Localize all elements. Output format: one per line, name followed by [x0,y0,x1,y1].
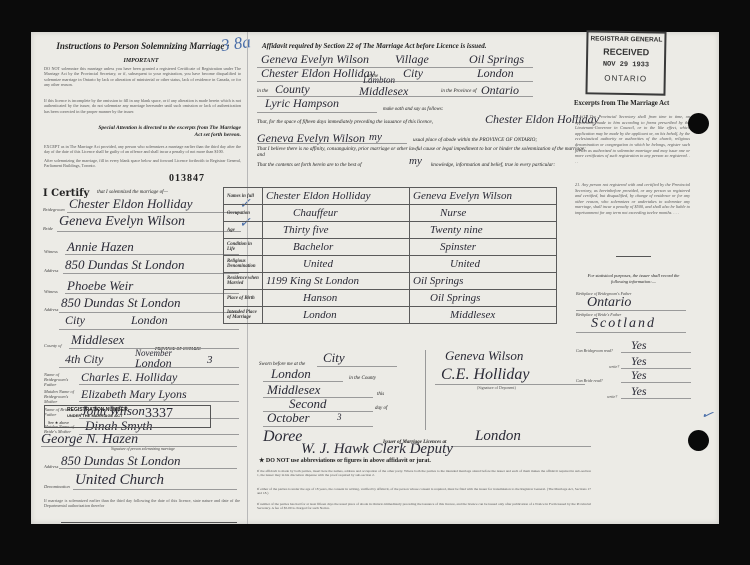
witness2-name: Phoebe Weir [67,278,133,294]
province-of-label: in the Province of [441,89,477,94]
marriage-document: Instructions to Person Solemnizing Marri… [31,32,719,524]
footer-note: If marriage is solemnized earlier than t… [44,498,240,509]
sworn-day-of-label: day of [375,406,387,411]
abbreviation-warning: ★ DO NOT use abbreviations or figures in… [259,457,431,464]
witness2-address-label: Address [44,307,58,312]
that1-tail: usual place of abode within the PROVINCE… [413,137,537,143]
footnote-1: If the affidavit is made by both parties… [257,469,591,477]
table-row: Intended Place of MarriageLondonMiddlese… [224,307,557,324]
witness2-address: 850 Dundas St London [61,295,181,311]
footnote-3: If neither of the parties has had for at… [257,502,591,510]
instruction-para-1: DO NOT solemnize this marriage unless yo… [44,66,241,87]
table-row: Residence when Married1199 King St Londo… [224,273,557,290]
that3-value: my [409,155,422,167]
marriage-details-table: Names in fullChester Eldon HollidayGenev… [223,187,557,324]
affidavit-place-type-1: Village [395,52,429,67]
registration-number: 3337 [145,406,173,422]
witness1-address-label: Address [44,268,58,273]
bridegroom-label: Bridegroom [43,207,65,212]
deponent-sig-label: (Signature of Deponent) [477,385,516,390]
check-mark-icon: ✓ [698,406,715,426]
groom-mother: Elizabeth Mary Lyons [81,387,187,402]
stamp-line-2: RECEIVED [588,45,664,59]
in-the-label: in the [257,89,268,94]
important-label: IMPORTANT [111,58,171,64]
that-clause-2: That I believe there is no affinity, con… [257,146,587,158]
affidavit-county-type: County [275,82,310,97]
excerpt-section-21: 21. Any person not registered with and c… [575,182,690,216]
bride-write: Yes [631,384,647,399]
sworn-year: 3 [337,412,342,422]
registration-subtitle: UNDER THE MARRIAGE ACT [67,413,122,418]
groom-father: Charles E. Holliday [81,370,177,385]
statistical-note: For statistical purposes, the issuer sha… [581,273,686,284]
stamp-line-1: REGISTRAR GENERAL [588,32,664,46]
issuer-place: London [475,428,521,445]
groom-read: Yes [631,338,647,353]
excerpt-section-2: 2.—(1) The Provincial Secretary shall fr… [575,114,690,164]
jurat-divider [425,350,426,430]
bride-label: Bride [43,226,53,231]
witness1-address: 850 Dundas St London [65,257,185,273]
solemnized-place: London [135,356,172,371]
deponent-signature-2: C.E. Holliday [441,366,529,384]
binder-hole-icon [688,430,709,451]
registration-number-box: REGISTRATION NUMBER UNDER THE MARRIAGE A… [44,405,211,428]
binder-hole-icon [688,113,709,134]
registration-note: See ★ above [48,420,69,425]
instruction-para-3: EXCEPT as in The Marriage Act provided, … [44,144,241,155]
instruction-para-4: After solemnizing the marriage, fill in … [44,158,241,169]
groom-read-label: Can Bridegroom read? [576,348,613,353]
sworn-place-type: City [323,350,345,366]
table-row: AgeThirty fiveTwenty nine [224,222,557,239]
sworn-county-label: in the County [349,376,376,381]
table-row: Names in fullChester Eldon HollidayGenev… [224,188,557,205]
deputy-signature: W. J. Hawk Clerk Deputy [301,441,453,458]
excerpts-heading: Excerpts from The Marriage Act [574,100,669,107]
witness2-label: Witness [44,289,58,294]
table-row: Condition in LifeBachelorSpinster [224,239,557,256]
sworn-month: October [267,410,310,426]
officiant-address-label: Address [44,464,58,469]
registrar-received-stamp: REGISTRAR GENERAL RECEIVED NOV 29 1933 O… [585,30,666,95]
groom-father-label: Name of Bridegroom's Father [44,372,78,387]
table-row: Place of BirthHansonOil Springs [224,290,557,307]
bride-write-label: write? [607,394,617,399]
denomination-value: United Church [75,472,164,489]
bride-father-birthplace: Scotland [591,316,656,332]
deponent-signature-1: Geneva Wilson [445,348,523,364]
denomination-label: Denomination [44,484,70,489]
bridegroom-name: Chester Eldon Holliday [69,196,193,212]
issuer-signature: Doree [263,428,302,446]
affidavit-place-2: London [477,66,514,81]
place-type: City [65,313,85,328]
officiant-sig-label: Signature of person solemnizing marriage [111,447,175,451]
witness1-name: Annie Hazen [67,239,134,255]
footnote-2: If either of the parties is under the ag… [257,487,591,495]
special-attention-note: Special Attention is directed to the exc… [91,125,241,139]
table-row: OccupationChauffeurNurse [224,205,557,222]
stamp-date: NOV 29 1933 [588,58,664,72]
affidavit-place-1: Oil Springs [469,52,524,67]
officiant-address: 850 Dundas St London [61,453,181,469]
affidavit-place-type-2: City [403,66,423,81]
stamp-line-4: ONTARIO [588,71,664,85]
solemnized-year: 3 [207,354,213,366]
instructions-heading: Instructions to Person Solemnizing Marri… [53,41,233,51]
sworn-of: London [271,366,311,382]
certify-text: that I solemnized the marriage of— [97,190,168,195]
make-oath-text: make oath and say as follows: [383,107,443,112]
that-clause-3: That the contents set forth herein are t… [257,162,362,168]
groom-father-birthplace: Ontario [587,295,631,311]
groom-mother-label: Maiden Name of Bridegroom's Mother [44,389,78,404]
table-row: Religious DenominationUnitedUnited [224,256,557,273]
instruction-para-2: If this licence is incomplete by the omi… [44,98,241,114]
that3-tail: knowledge, information and belief, true … [431,162,555,168]
bride-name: Geneva Evelyn Wilson [59,214,185,230]
excerpt-divider [616,256,651,257]
county-name: Middlesex [71,332,124,348]
witness1-label: Witness [44,249,58,254]
sworn-this-label: this [377,392,384,397]
place-name: London [131,313,168,328]
bride-read: Yes [631,368,647,383]
deponent-name: Lyric Hampson [265,96,339,111]
filing-number: 013847 [169,173,205,184]
bride-read-label: Can Bride read? [576,378,603,383]
solemnized-on: 4th City [65,352,103,367]
that1-had: my [369,131,382,143]
groom-write: Yes [631,354,647,369]
affidavit-name-2: Chester Eldon Holliday [261,66,375,81]
affidavit-heading: Affidavit required by Section 22 of The … [262,42,487,50]
that-clause-1: That, for the space of fifteen days imme… [257,119,433,125]
groom-write-label: write? [609,364,619,369]
county-label: County of [44,343,62,348]
affidavit-name-1: Geneva Evelyn Wilson [261,52,369,67]
